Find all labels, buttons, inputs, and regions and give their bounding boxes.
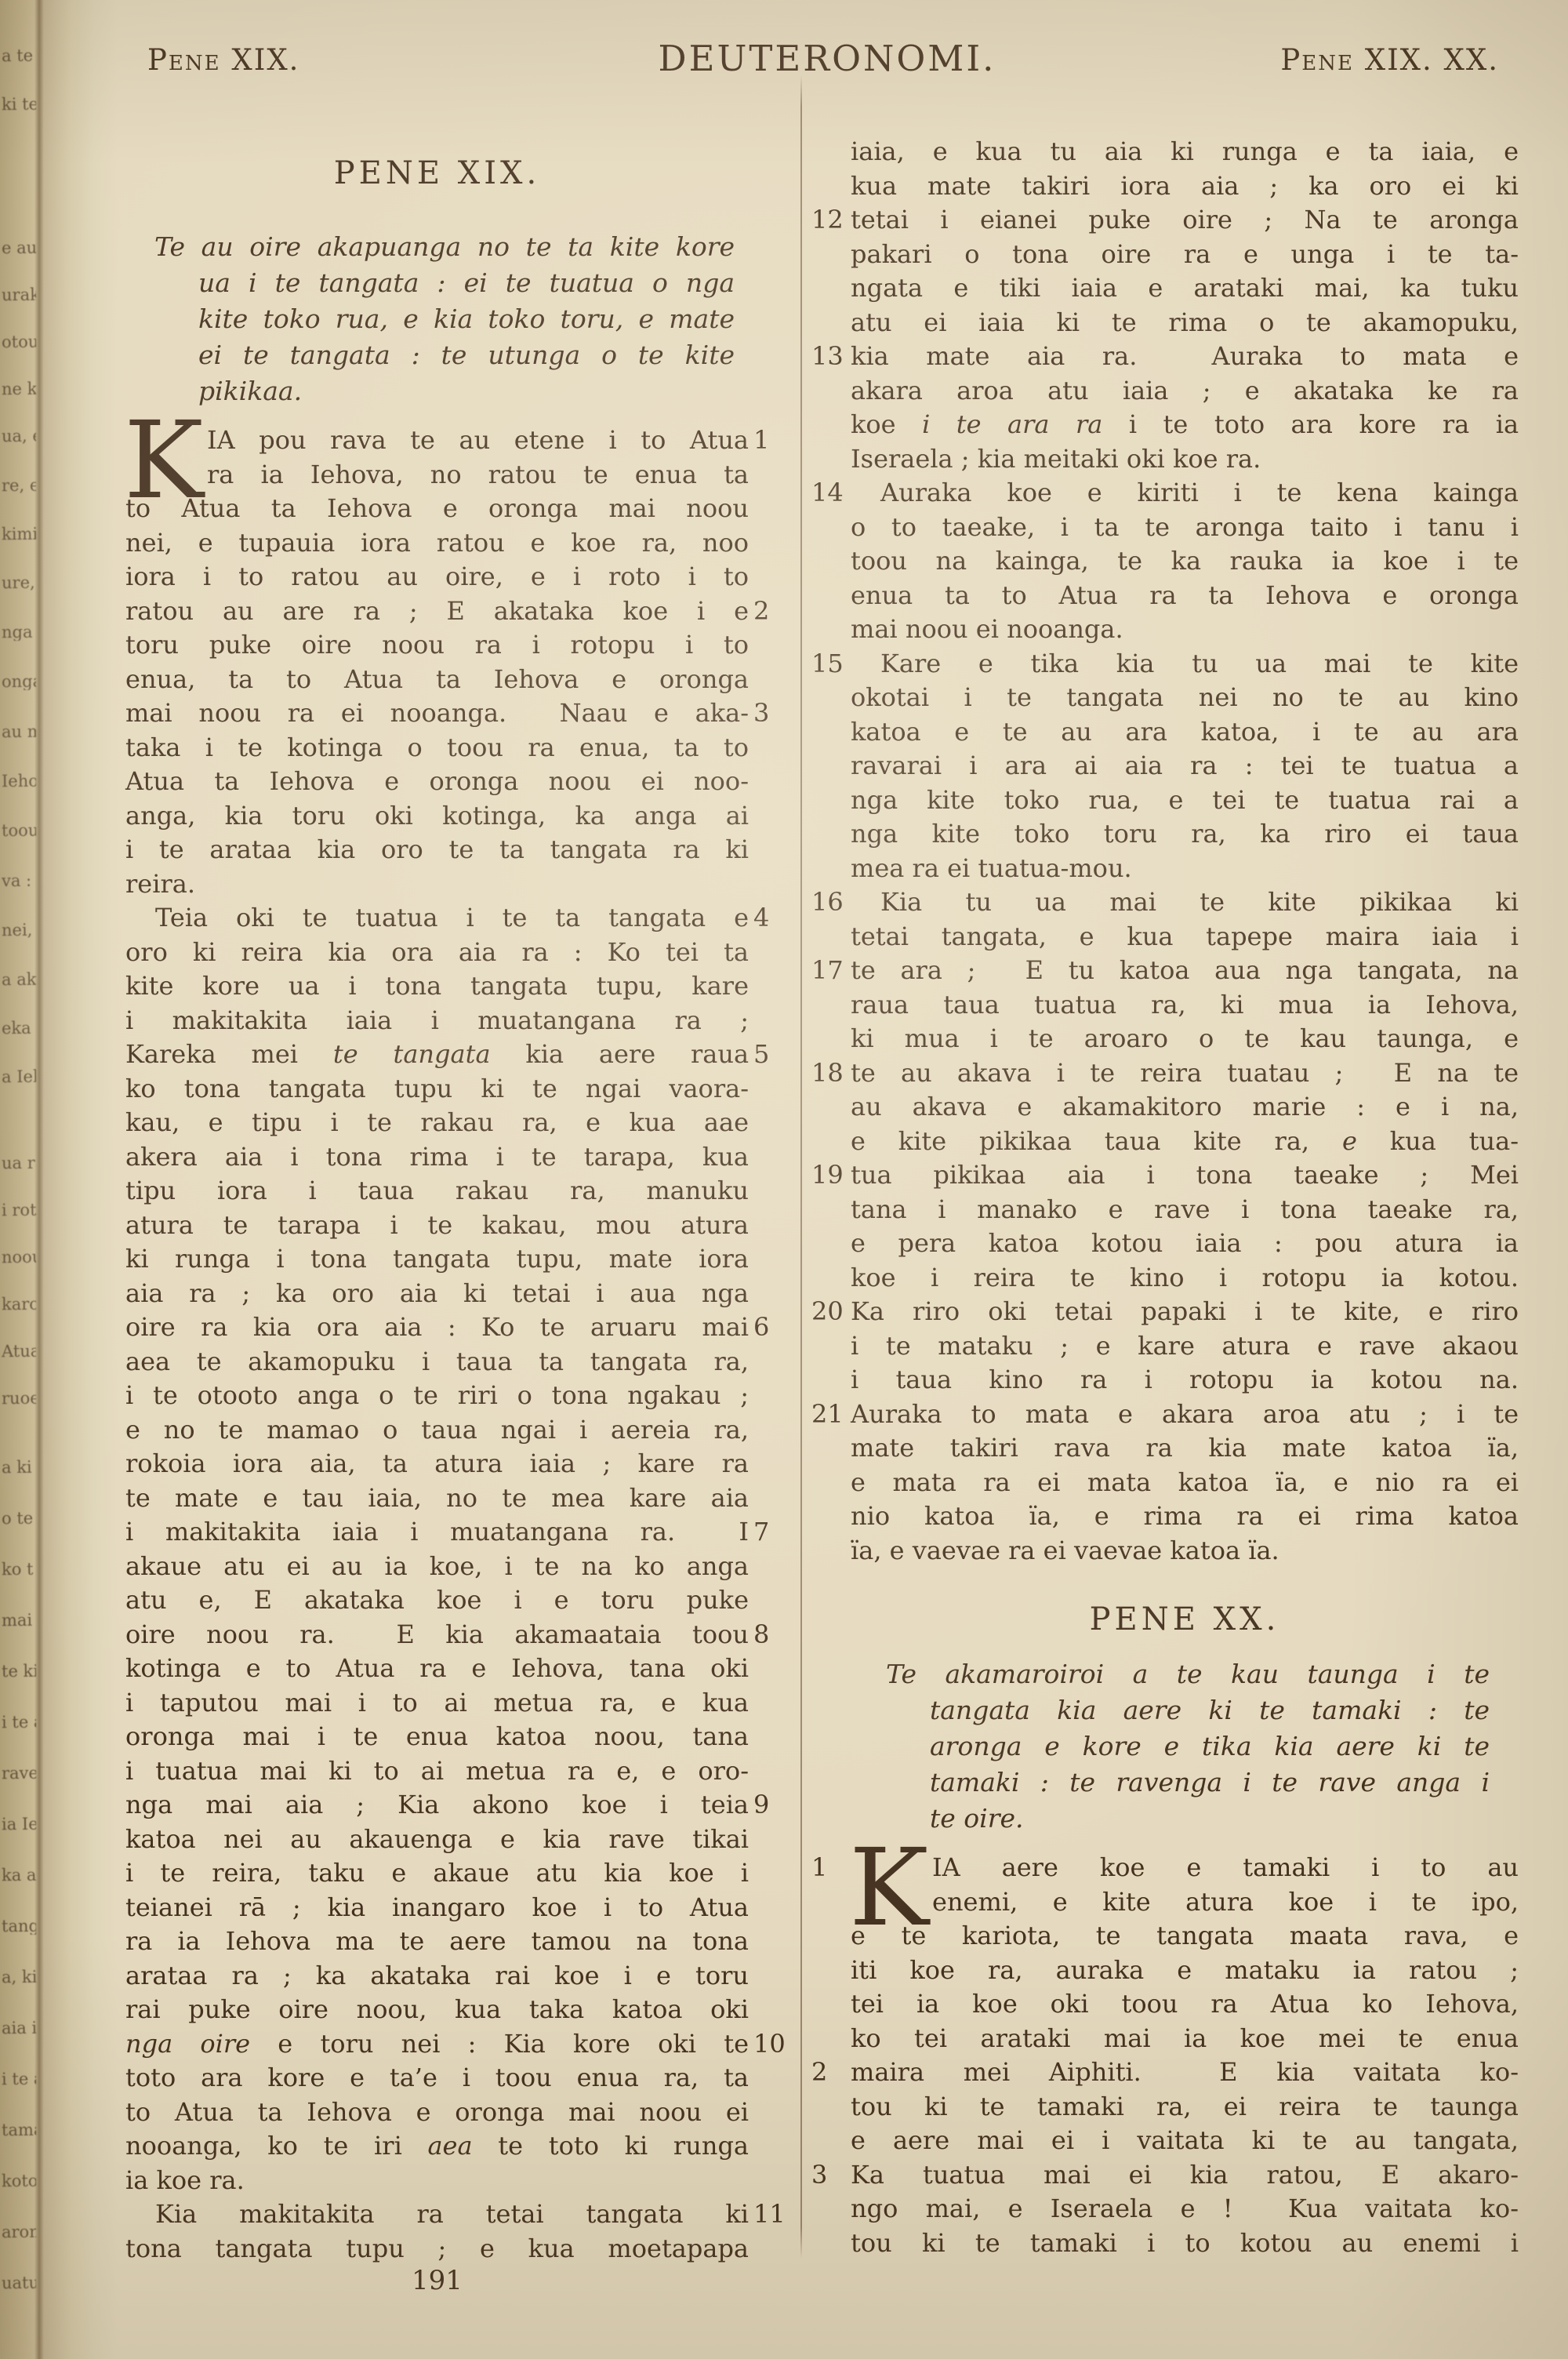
verse-text-line: ratou au are ra ; E akataka koe i e2 — [125, 594, 749, 629]
adjacent-page-text-fragment: e au m — [2, 239, 36, 256]
verse-text-line: e aere mai ei i vaitata ki te au tangata… — [851, 2124, 1519, 2158]
verse-text-line: tana i manako e rave i tona taeake ra, — [851, 1193, 1519, 1227]
verse-text-line: enua ta to Atua ra ta Iehova e oronga — [851, 579, 1519, 613]
adjacent-page-text-fragment: ka a — [2, 1866, 36, 1884]
verse-number: 2 — [753, 594, 799, 629]
text-run: e kite pikikaa taua kite ra, — [851, 1126, 1342, 1156]
text-run: to Atua ta Iehova e oronga mai noou ei — [125, 2097, 749, 2127]
text-run: rokoia iora aia, ta atura iaia ; kare ra — [125, 1448, 749, 1478]
text-run: atu ei iaia ki te rima o te akamopuku, — [851, 307, 1519, 337]
verse-text-line: e mata ra ei mata katoa ïa, e nio ra ei — [851, 1466, 1519, 1500]
text-run: kua mate takiri iora aia ; ka oro ei ki — [851, 171, 1519, 201]
verse-text-line: KIA aere koe e tamaki i to au1 — [851, 1851, 1519, 1885]
verse-text-line: koe i reira te kino i rotopu ia kotou. — [851, 1261, 1519, 1296]
text-run: iora i to ratou au oire, e i roto i to — [125, 562, 749, 591]
text-run: ra ia Iehova, no ratou te enua ta — [207, 460, 749, 489]
verse-text-line: tipu iora i taua rakau ra, manuku — [125, 1174, 749, 1209]
verse-text-line: to Atua ta Iehova e oronga mai noou ei — [125, 2095, 749, 2130]
text-run: nio katoa ïa, e rima ra ei rima katoa — [851, 1501, 1519, 1531]
adjacent-page-text-fragment: onga vii — [2, 673, 36, 690]
text-run: akaue atu ei au ia koe, i te na ko anga — [125, 1551, 749, 1581]
text-run: iti koe ra, auraka e mataku ia ratou ; — [851, 1955, 1519, 1985]
verse-text-line: tona tangata tupu ; e kua moetapapa — [125, 2232, 749, 2266]
text-run: Ka tuatua mai ei kia ratou, E akaro- — [851, 2160, 1519, 2190]
verse-text-line: anga, kia toru oki kotinga, ka anga ai — [125, 799, 749, 834]
adjacent-page-text-fragment: ia Ie — [2, 1816, 36, 1833]
text-run: ei te tangata : te utunga o te kite — [198, 340, 735, 370]
verse-text-line: pakari o tona oire ra e unga i te ta- — [851, 238, 1519, 272]
text-run: nei, e tupauia iora ratou e koe ra, noo — [125, 528, 749, 558]
adjacent-page-text-fragment: i te a — [2, 2070, 36, 2088]
text-run: tona tangata tupu ; e kua moetapapa — [125, 2234, 749, 2263]
verse-text-line: aia ra ; ka oro aia ki tetai i aua nga — [125, 1277, 749, 1311]
text-run: ïa, e vaevae ra ei vaevae katoa ïa. — [851, 1536, 1279, 1565]
verse-text-line: kia mate aia ra. Auraka to mata e13 — [851, 340, 1519, 374]
text-run: tetai i eianei puke oire ; Na te aronga — [851, 205, 1519, 234]
verse-number: 4 — [753, 901, 799, 936]
text-run: akara aroa atu iaia ; e akataka ke ra — [851, 376, 1519, 405]
verse-number: 1 — [753, 423, 799, 458]
text-run: ko tei arataki mai ia koe mei te enua — [851, 2023, 1519, 2053]
text-run: enemi, e kite atura koe i te ipo, — [932, 1887, 1519, 1917]
text-run: tetai tangata, e kua tapepe maira iaia i — [851, 921, 1519, 951]
text-run: i te mataku ; e kare atura e rave akaou — [851, 1331, 1519, 1361]
verse-text-line: Auraka koe e kiriti i te kena kainga14 — [851, 476, 1519, 511]
text-run: oire noou ra. E kia akamaataia toou — [125, 1619, 749, 1649]
text-run: taka i te kotinga o toou ra enua, ta to — [125, 732, 749, 762]
verse-number: 9 — [753, 1788, 799, 1823]
text-run: kia mate aia ra. Auraka to mata e — [851, 341, 1519, 371]
verse-text-line: Ka tuatua mai ei kia ratou, E akaro-3 — [851, 2158, 1519, 2193]
text-run: tei ia koe oki toou ra Atua ko Iehova, — [851, 1989, 1519, 2019]
chapter-xix-verses-right-column: iaia, e kua tu aia ki runga e ta iaia, e… — [851, 135, 1519, 1568]
adjacent-page-text-fragment: nga ka — [2, 623, 36, 641]
verse-text-line: katoa nei au akauenga e kia rave tikai — [125, 1823, 749, 1857]
adjacent-page-text-fragment: eka ke — [2, 1020, 36, 1037]
verse-text-line: atura te tarapa i te kakau, mou atura — [125, 1209, 749, 1243]
adjacent-page-text-fragment: aia i — [2, 2019, 36, 2037]
verse-number: 8 — [753, 1618, 799, 1652]
text-run: Atua ta Iehova e oronga noou ei noo- — [125, 766, 749, 796]
verse-text-line: au akava e akamakitoro marie : e i na, — [851, 1090, 1519, 1125]
verse-number: 17 — [811, 954, 848, 988]
text-run: tipu iora i taua rakau ra, manuku — [125, 1176, 749, 1205]
verse-number: 20 — [811, 1295, 848, 1329]
adjacent-page-text-fragment: noou n — [2, 1249, 36, 1266]
verse-text-line: mate takiri rava ra kia mate katoa ïa, — [851, 1431, 1519, 1466]
text-run: te oire. — [930, 1803, 1024, 1834]
verse-text-line: aea te akamopuku i taua ta tangata ra, — [125, 1345, 749, 1379]
text-run: oronga mai i te enua katoa noou, tana — [125, 1721, 749, 1751]
text-run: Kare e tika kia tu ua mai te kite — [880, 649, 1519, 678]
adjacent-page-text-fragment: koto — [2, 2172, 36, 2190]
verse-text-line: akaue atu ei au ia koe, i te na ko anga — [125, 1550, 749, 1584]
verse-text-line: ki runga i tona tangata tupu, mate iora — [125, 1242, 749, 1277]
chapter-xx-summary: Te akamaroiroi a te kau taunga i tetanga… — [886, 1656, 1490, 1837]
adjacent-page-text-fragment: i te a — [2, 1714, 36, 1731]
verse-number: 16 — [811, 885, 848, 920]
italic-run: e — [1342, 1126, 1357, 1156]
text-run: e no te mamao o taua ngai i aereia ra, — [125, 1415, 749, 1445]
verse-text-line: i te reira, taku e akaue atu kia koe i — [125, 1856, 749, 1891]
text-run: anga, kia toru oki kotinga, ka anga ai — [125, 801, 749, 831]
adjacent-page-text-fragment: o te — [2, 1510, 36, 1527]
adjacent-page-text-fragment: ruoeang — [2, 1390, 36, 1407]
adjacent-page-text-fragment: a te — [2, 47, 36, 64]
verse-text-line: e pera katoa kotou iaia : pou atura ia — [851, 1227, 1519, 1261]
verse-text-line: i makitakita iaia i muatangana ra. I7 — [125, 1515, 749, 1550]
verse-text-line: te mate e tau iaia, no te mea kare aia — [125, 1481, 749, 1516]
text-run: nga kite toko rua, e tei te tuatua rai a — [851, 785, 1519, 815]
chapter-summary-line: kite toko rua, e kia toko toru, e mate — [154, 301, 735, 337]
text-run: i taputou mai i to ai metua ra, e kua — [125, 1688, 749, 1717]
text-run: te mate e tau iaia, no te mea kare aia — [125, 1483, 749, 1513]
text-run: Te au oire akapuanga no te ta kite kore — [154, 231, 735, 262]
text-run: Kia tu ua mai te kite pikikaa ki — [880, 887, 1519, 917]
text-run: e aere mai ei i vaitata ki te au tangata… — [851, 2125, 1519, 2155]
text-run: Te akamaroiroi a te kau taunga i te — [886, 1659, 1490, 1689]
adjacent-page-text-fragment: karongo — [2, 1296, 36, 1313]
verse-text-line: kua mate takiri iora aia ; ka oro ei ki — [851, 169, 1519, 204]
text-run: au akava e akamakitoro marie : e i na, — [851, 1092, 1519, 1121]
chapter-xx-verses-column: KIA aere koe e tamaki i to au1enemi, e k… — [851, 1851, 1519, 2260]
verse-text-line: ra ia Iehova, no ratou te enua ta — [125, 458, 749, 493]
verse-text-line: tou ki te tamaki i to kotou au enemi i — [851, 2226, 1519, 2261]
text-run: enua, ta to Atua ta Iehova e oronga — [125, 664, 749, 694]
text-run: atu e, E akataka koe i e toru puke — [125, 1585, 749, 1615]
text-run: iaia, e kua tu aia ki runga e ta iaia, e — [851, 136, 1519, 166]
verse-text-line: enua, ta to Atua ta Iehova e oronga — [125, 663, 749, 697]
text-run: ngo mai, e Iseraela e ! Kua vaitata ko- — [851, 2194, 1519, 2223]
verse-text-line: iora i to ratou au oire, e i roto i to — [125, 560, 749, 594]
adjacent-page-text-fragment: ure, e — [2, 574, 36, 591]
adjacent-page-text-fragment: re, e te — [2, 477, 36, 494]
text-run: tangata kia aere ki te tamaki : te — [930, 1695, 1490, 1725]
verse-text-line: nooanga, ko te iri aea te toto ki runga — [125, 2129, 749, 2164]
adjacent-page-text-fragment: a ki — [2, 1459, 36, 1476]
text-run: toto ara kore e ta’e i toou enua ra, ta — [125, 2063, 749, 2092]
chapter-summary-line: aronga e kore e tika kia aere ki te — [886, 1728, 1490, 1765]
verse-number: 19 — [811, 1158, 848, 1193]
text-run: koe — [851, 409, 922, 439]
text-run: koe i reira te kino i rotopu ia kotou. — [851, 1263, 1519, 1292]
text-run: atura te tarapa i te kakau, mou atura — [125, 1210, 749, 1240]
verse-number: 12 — [811, 203, 848, 238]
verse-text-line: Iseraela ; kia meitaki oki koe ra. — [851, 442, 1519, 477]
verse-text-line: mea ra ei tuatua-mou. — [851, 852, 1519, 886]
text-run: oire ra kia ora aia : Ko te aruaru mai — [125, 1312, 749, 1342]
text-run: katoa nei au akauenga e kia rave tikai — [125, 1824, 749, 1854]
text-run: arataa ra ; ka akataka rai koe i e toru — [125, 1961, 749, 1990]
verse-number: 2 — [811, 2055, 848, 2090]
adjacent-page-text-fragment: mai — [2, 1612, 36, 1629]
adjacent-page-text-fragment: tamak — [2, 2121, 36, 2139]
italic-run: aea — [427, 2131, 472, 2161]
verse-text-line: mai noou ei nooanga. — [851, 612, 1519, 647]
text-run: Iseraela ; kia meitaki oki koe ra. — [851, 444, 1261, 474]
chapter-summary-line: tangata kia aere ki te tamaki : te — [886, 1692, 1490, 1728]
text-run: nga kite toko toru ra, ka riro ei taua — [851, 819, 1519, 849]
adjacent-page-text-fragment: tanga — [2, 1917, 36, 1935]
verse-text-line: arataa ra ; ka akataka rai koe i e toru — [125, 1959, 749, 1994]
running-head-right: Pene XIX. XX. — [1098, 43, 1499, 77]
text-run: ratou au are ra ; E akataka koe i e — [125, 596, 749, 626]
text-run: aia ra ; ka oro aia ki tetai i aua nga — [125, 1278, 749, 1308]
chapter-summary-line: pikikaa. — [154, 373, 735, 409]
text-run: tamaki : te ravenga i te rave anga i — [930, 1767, 1490, 1797]
adjacent-page-text-fragment: te ki — [2, 1663, 36, 1680]
verse-text-line: akera aia i tona rima i te tarapa, kua — [125, 1140, 749, 1175]
text-run: aronga e kore e tika kia aere ki te — [930, 1731, 1490, 1761]
text-run: katoa e te au ara katoa, i te au ara — [851, 717, 1519, 747]
verse-text-line: toto ara kore e ta’e i toou enua ra, ta — [125, 2061, 749, 2095]
text-run: i makitakita iaia i muatangana ra. I — [125, 1517, 749, 1547]
adjacent-page-text-fragment: a Ieho — [2, 1068, 36, 1085]
text-run: Auraka koe e kiriti i te kena kainga — [880, 478, 1519, 507]
text-run: ia koe ra. — [125, 2165, 245, 2195]
verse-text-line: nga kite toko rua, e tei te tuatua rai a — [851, 783, 1519, 818]
verse-text-line: Kia tu ua mai te kite pikikaa ki16 — [851, 885, 1519, 920]
text-run: Auraka to mata e akara aroa atu ; i te — [851, 1399, 1519, 1429]
verse-text-line: Kia makitakita ra tetai tangata ki11 — [125, 2197, 749, 2232]
verse-text-line: e te kariota, te tangata maata rava, e — [851, 1919, 1519, 1954]
text-run: oro ki reira kia ora aia ra : Ko tei ta — [125, 937, 749, 967]
verse-text-line: kotinga e to Atua ra e Iehova, tana oki — [125, 1652, 749, 1686]
verse-text-line: ravarai i ara ai aia ra : tei te tuatua … — [851, 749, 1519, 783]
chapter-heading-pene-xix: PENE XIX. — [125, 155, 749, 191]
text-run: mai noou ra ei nooanga. Naau e aka- — [125, 698, 749, 728]
adjacent-page-text-fragment: a, kia — [2, 1968, 36, 1986]
text-run: kau, e tipu i te rakau ra, e kua aae — [125, 1107, 749, 1137]
adjacent-page-text-fragment: kimi i — [2, 525, 36, 543]
adjacent-page-text-fragment: va : K — [2, 872, 36, 889]
text-run: Kia makitakita ra tetai tangata ki — [155, 2199, 749, 2229]
text-run: ko tona tangata tupu ki te ngai vaora- — [125, 1074, 749, 1103]
text-run: kia aere raua — [491, 1039, 750, 1069]
verse-text-line: i makitakita iaia i muatangana ra ; — [125, 1004, 749, 1038]
verse-text-line: tou ki te tamaki ra, ei reira te taunga — [851, 2090, 1519, 2125]
text-run: akera aia i tona rima i te tarapa, kua — [125, 1142, 749, 1172]
adjacent-page-text-fragment: i rotopu — [2, 1201, 36, 1219]
text-run: to Atua ta Iehova e oronga mai noou — [125, 493, 749, 523]
text-run: i makitakita iaia i muatangana ra ; — [125, 1005, 749, 1035]
adjacent-page-text-fragment: Iehova — [2, 772, 36, 790]
text-run: i te reira, taku e akaue atu kia koe i — [125, 1858, 749, 1888]
text-run: i te arataa kia oro te ta tangata ra ki — [125, 834, 749, 864]
verse-text-line: ia koe ra. — [125, 2164, 749, 2198]
text-run: pakari o tona oire ra e unga i te ta- — [851, 239, 1519, 269]
verse-text-line: reira. — [125, 867, 749, 902]
verse-text-line: tetai i eianei puke oire ; Na te aronga1… — [851, 203, 1519, 238]
adjacent-page-text-fragment: au mea — [2, 723, 36, 740]
text-run: e te kariota, te tangata maata rava, e — [851, 1921, 1519, 1950]
text-run: nga mai aia ; Kia akono koe i teia — [125, 1790, 749, 1819]
text-run: ki runga i tona tangata tupu, mate iora — [125, 1244, 749, 1274]
verse-number: 11 — [753, 2197, 799, 2232]
verse-text-line: nga kite toko toru ra, ka riro ei taua — [851, 817, 1519, 852]
text-run: e mata ra ei mata katoa ïa, e nio ra ei — [851, 1467, 1519, 1497]
verse-text-line: ïa, e vaevae ra ei vaevae katoa ïa. — [851, 1534, 1519, 1568]
verse-text-line: Teia oki te tuatua i te ta tangata e4 — [125, 901, 749, 936]
verse-text-line: kau, e tipu i te rakau ra, e kua aae — [125, 1106, 749, 1140]
verse-number: 1 — [811, 1851, 848, 1885]
adjacent-page-text-fragment: otou e — [2, 333, 36, 351]
verse-text-line: Atua ta Iehova e oronga noou ei noo- — [125, 765, 749, 799]
text-run: mai noou ei nooanga. — [851, 614, 1123, 644]
verse-text-line: enemi, e kite atura koe i te ipo, — [851, 1885, 1519, 1920]
verse-text-line: katoa e te au ara katoa, i te au ara — [851, 715, 1519, 750]
verse-text-line: Kareka mei te tangata kia aere raua5 — [125, 1038, 749, 1072]
verse-text-line: oronga mai i te enua katoa noou, tana — [125, 1720, 749, 1754]
adjacent-page-text-fragment: rave — [2, 1765, 36, 1782]
verse-text-line: tei ia koe oki toou ra Atua ko Iehova, — [851, 1987, 1519, 2022]
verse-number: 5 — [753, 1038, 799, 1072]
verse-number: 7 — [753, 1515, 799, 1550]
verse-text-line: okotai i te tangata nei no te au kino — [851, 681, 1519, 715]
verse-text-line: nio katoa ïa, e rima ra ei rima katoa — [851, 1499, 1519, 1534]
chapter-summary-line: te oire. — [886, 1801, 1490, 1837]
verse-text-line: nga mai aia ; Kia akono koe i teia9 — [125, 1788, 749, 1823]
verse-text-line: iti koe ra, auraka e mataku ia ratou ; — [851, 1954, 1519, 1988]
text-run: Teia oki te tuatua i te ta tangata e — [155, 903, 749, 932]
verse-text-line: iaia, e kua tu aia ki runga e ta iaia, e — [851, 135, 1519, 169]
text-run: Kareka mei — [125, 1039, 333, 1069]
verse-text-line: ra ia Iehova ma te aere tamou na tona — [125, 1925, 749, 1959]
chapter-xix-summary: Te au oire akapuanga no te ta kite koreu… — [154, 229, 735, 409]
adjacent-page-text-fragment: ua, e t — [2, 427, 36, 445]
text-run: maira mei Aiphiti. E kia vaitata ko- — [851, 2057, 1519, 2087]
text-run: te au akava i te reira tuatau ; E na te — [851, 1058, 1519, 1088]
scanned-book-page: a teki tee au murakaotou ene kiaua, e tr… — [0, 0, 1568, 2359]
text-run: e pera katoa kotou iaia : pou atura ia — [851, 1228, 1519, 1258]
text-run: te toto ki runga — [473, 2131, 749, 2161]
verse-number: 3 — [811, 2158, 848, 2193]
verse-text-line: ko tona tangata tupu ki te ngai vaora- — [125, 1072, 749, 1107]
verse-text-line: oire ra kia ora aia : Ko te aruaru mai6 — [125, 1310, 749, 1345]
verse-text-line: rokoia iora aia, ta atura iaia ; kare ra — [125, 1447, 749, 1481]
text-run: kite kore ua i tona tangata tupu, kare — [125, 971, 749, 1001]
text-run: okotai i te tangata nei no te au kino — [851, 682, 1519, 712]
verse-number: 18 — [811, 1056, 848, 1091]
chapter-summary-line: ua i te tangata : ei te tuatua o nga — [154, 265, 735, 301]
verse-text-line: i taputou mai i to ai metua ra, e kua — [125, 1686, 749, 1721]
verse-text-line: kite kore ua i tona tangata tupu, kare — [125, 969, 749, 1004]
verse-text-line: teianei rā ; kia inangaro koe i to Atua — [125, 1891, 749, 1925]
verse-number: 21 — [811, 1398, 848, 1432]
text-run: ki mua i te aroaro o te kau taunga, e — [851, 1023, 1519, 1053]
verse-number: 13 — [811, 340, 848, 374]
text-run: IA pou rava te au etene i to Atua — [207, 425, 749, 455]
adjacent-page-text-fragment: ua ra — [2, 1154, 36, 1172]
text-run: aea te akamopuku i taua ta tangata ra, — [125, 1347, 749, 1376]
verse-text-line: Auraka to mata e akara aroa atu ; i te21 — [851, 1398, 1519, 1432]
chapter-summary-line: tamaki : te ravenga i te rave anga i — [886, 1765, 1490, 1801]
text-run: o to taeake, i ta te aronga taito i tanu… — [851, 512, 1519, 542]
text-run: kotinga e to Atua ra e Iehova, tana oki — [125, 1653, 749, 1683]
chapter-summary-line: Te au oire akapuanga no te ta kite kore — [154, 229, 735, 265]
text-run: reira. — [125, 869, 195, 899]
verse-text-line: oire noou ra. E kia akamaataia toou8 — [125, 1618, 749, 1652]
verse-text-line: i tuatua mai ki to ai metua ra e, e oro- — [125, 1754, 749, 1789]
text-run: nooanga, ko te iri — [125, 2131, 427, 2161]
text-run: kua tua- — [1357, 1126, 1519, 1156]
verse-text-line: KIA pou rava te au etene i to Atua1 — [125, 423, 749, 458]
text-run: teianei rā ; kia inangaro koe i to Atua — [125, 1892, 749, 1922]
text-run: ngata e tiki iaia e arataki mai, ka tuku — [851, 273, 1519, 303]
text-run: enua ta to Atua ra ta Iehova e oronga — [851, 580, 1519, 610]
verse-text-line: te ara ; E tu katoa aua nga tangata, na1… — [851, 954, 1519, 988]
verse-text-line: akara aroa atu iaia ; e akataka ke ra — [851, 374, 1519, 409]
verse-text-line: rai puke oire noou, kua taka katoa oki — [125, 1993, 749, 2027]
adjacent-page-text-fragment: ne kia — [2, 380, 36, 398]
text-run: raua taua tuatua ra, ki mua ia Iehova, — [851, 990, 1519, 1020]
text-run: tou ki te tamaki ra, ei reira te taunga — [851, 2092, 1519, 2121]
text-run: toru puke oire noou ra i rotopu i to — [125, 630, 749, 660]
verse-text-line: toou na kainga, te ka rauka ia koe i te — [851, 544, 1519, 579]
adjacent-page-text-fragment: uraka — [2, 286, 36, 304]
text-run: mate takiri rava ra kia mate katoa ïa, — [851, 1433, 1519, 1463]
verse-text-line: nga oire e toru nei : Kia kore oki te10 — [125, 2027, 749, 2062]
adjacent-page-text-fragment: a akara — [2, 971, 36, 988]
chapter-summary-line: ei te tangata : te utunga o te kite — [154, 337, 735, 373]
verse-text-line: mai noou ra ei nooanga. Naau e aka-3 — [125, 696, 749, 731]
verse-text-line: koe i te ara ra i te toto ara kore ra ia — [851, 408, 1519, 442]
text-run: te ara ; E tu katoa aua nga tangata, na — [851, 955, 1519, 985]
verse-text-line: ki mua i te aroaro o te kau taunga, e — [851, 1022, 1519, 1056]
verse-text-line: atu ei iaia ki te rima o te akamopuku, — [851, 306, 1519, 340]
italic-run: nga oire — [125, 2029, 250, 2059]
verse-text-line: ngo mai, e Iseraela e ! Kua vaitata ko- — [851, 2192, 1519, 2226]
verse-text-line: ngata e tiki iaia e arataki mai, ka tuku — [851, 271, 1519, 306]
verse-text-line: tua pikikaa aia i tona taeake ; Mei19 — [851, 1158, 1519, 1193]
text-run: kite toko rua, e kia toko toru, e mate — [198, 304, 735, 334]
verse-text-line: i te otooto anga o te riri o tona ngakau… — [125, 1379, 749, 1413]
adjacent-page-text-fragment: ki te — [2, 96, 36, 113]
chapter-summary-line: Te akamaroiroi a te kau taunga i te — [886, 1656, 1490, 1692]
text-run: Ka riro oki tetai papaki i te kite, e ri… — [851, 1296, 1519, 1326]
text-run: ua i te tangata : ei te tuatua o nga — [198, 267, 735, 298]
column-divider-rule — [800, 75, 802, 2259]
verse-text-line: to Atua ta Iehova e oronga mai noou — [125, 492, 749, 526]
text-run: toou na kainga, te ka rauka ia koe i te — [851, 546, 1519, 576]
verse-text-line: i te mataku ; e kare atura e rave akaou — [851, 1329, 1519, 1364]
verse-number: 14 — [811, 476, 848, 511]
adjacent-page-text-fragment: aron — [2, 2223, 36, 2241]
verse-text-line: tetai tangata, e kua tapepe maira iaia i — [851, 920, 1519, 954]
verse-text-line: taka i te kotinga o toou ra enua, ta to — [125, 731, 749, 765]
verse-text-line: i te arataa kia oro te ta tangata ra ki — [125, 833, 749, 867]
text-run: i taua kino ra i rotopu ia kotou na. — [851, 1365, 1519, 1394]
adjacent-page-text-fragment: ko t — [2, 1561, 36, 1578]
text-run: mea ra ei tuatua-mou. — [851, 853, 1132, 883]
verse-number: 3 — [753, 696, 799, 731]
verse-text-line: maira mei Aiphiti. E kia vaitata ko-2 — [851, 2055, 1519, 2090]
verse-text-line: e no te mamao o taua ngai i aereia ra, — [125, 1413, 749, 1448]
text-run: pikikaa. — [198, 376, 302, 406]
text-run: i te toto ara kore ra ia — [1102, 409, 1519, 439]
verse-text-line: atu e, E akataka koe i e toru puke — [125, 1583, 749, 1618]
text-run: tua pikikaa aia i tona taeake ; Mei — [851, 1160, 1519, 1190]
page-number: 191 — [125, 2265, 749, 2296]
text-run: IA aere koe e tamaki i to au — [932, 1852, 1519, 1882]
text-run: rai puke oire noou, kua taka katoa oki — [125, 1994, 749, 2024]
verse-number: 10 — [753, 2027, 799, 2062]
adjacent-page-text-fragment: uatu — [2, 2274, 36, 2292]
text-run: ravarai i ara ai aia ra : tei te tuatua … — [851, 751, 1519, 780]
verse-text-line: te au akava i te reira tuatau ; E na te1… — [851, 1056, 1519, 1091]
text-run: tana i manako e rave i tona taeake ra, — [851, 1194, 1519, 1224]
chapter-xix-verses-left-column: KIA pou rava te au etene i to Atua1ra ia… — [125, 423, 749, 2266]
